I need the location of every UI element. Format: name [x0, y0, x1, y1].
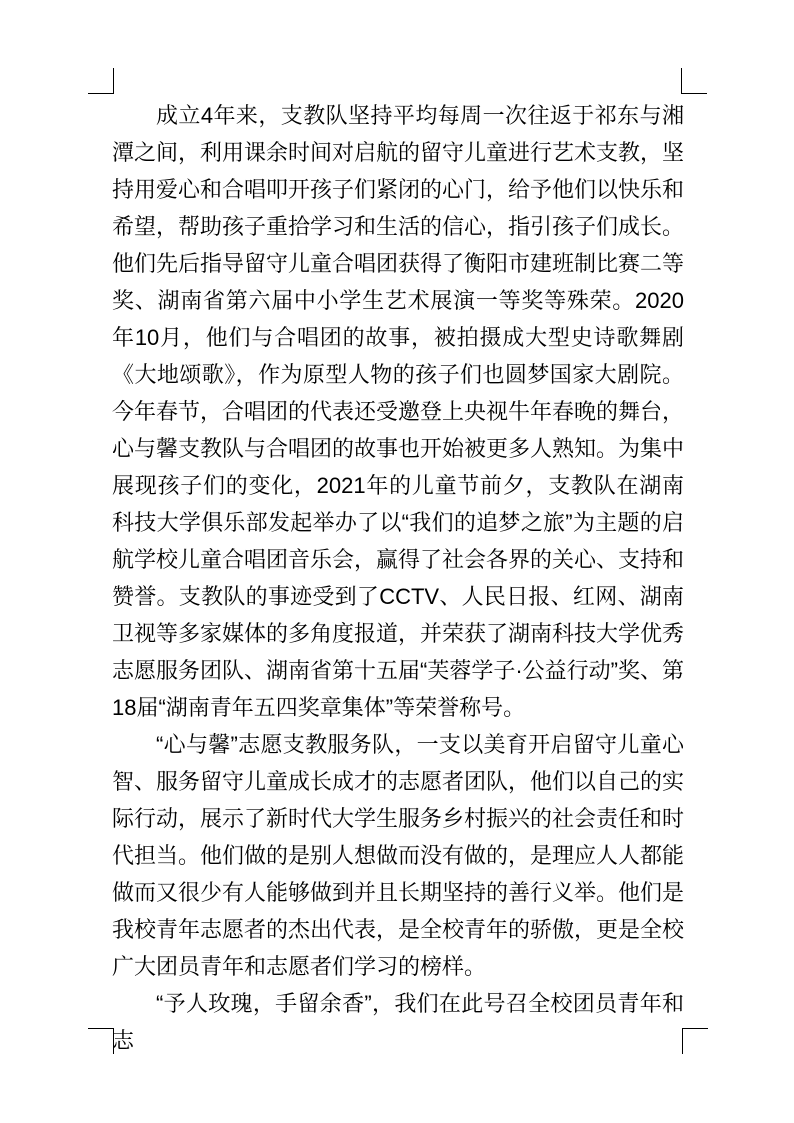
- crop-mark-bottom-left-icon: [88, 1028, 114, 1054]
- crop-mark-bottom-right-icon: [682, 1028, 708, 1054]
- paragraph: “予人玫瑰，手留余香”，我们在此号召全校团员青年和志: [112, 985, 684, 1059]
- crop-mark-top-left-icon: [88, 68, 114, 94]
- document-page: 成立4年来，支教队坚持平均每周一次往返于祁东与湘潭之间，利用课余时间对启航的留守…: [0, 0, 794, 1123]
- document-body: 成立4年来，支教队坚持平均每周一次往返于祁东与湘潭之间，利用课余时间对启航的留守…: [112, 97, 684, 1059]
- paragraph: 成立4年来，支教队坚持平均每周一次往返于祁东与湘潭之间，利用课余时间对启航的留守…: [112, 97, 684, 726]
- paragraph: “心与馨”志愿支教服务队，一支以美育开启留守儿童心智、服务留守儿童成长成才的志愿…: [112, 726, 684, 985]
- crop-mark-top-right-icon: [681, 68, 707, 94]
